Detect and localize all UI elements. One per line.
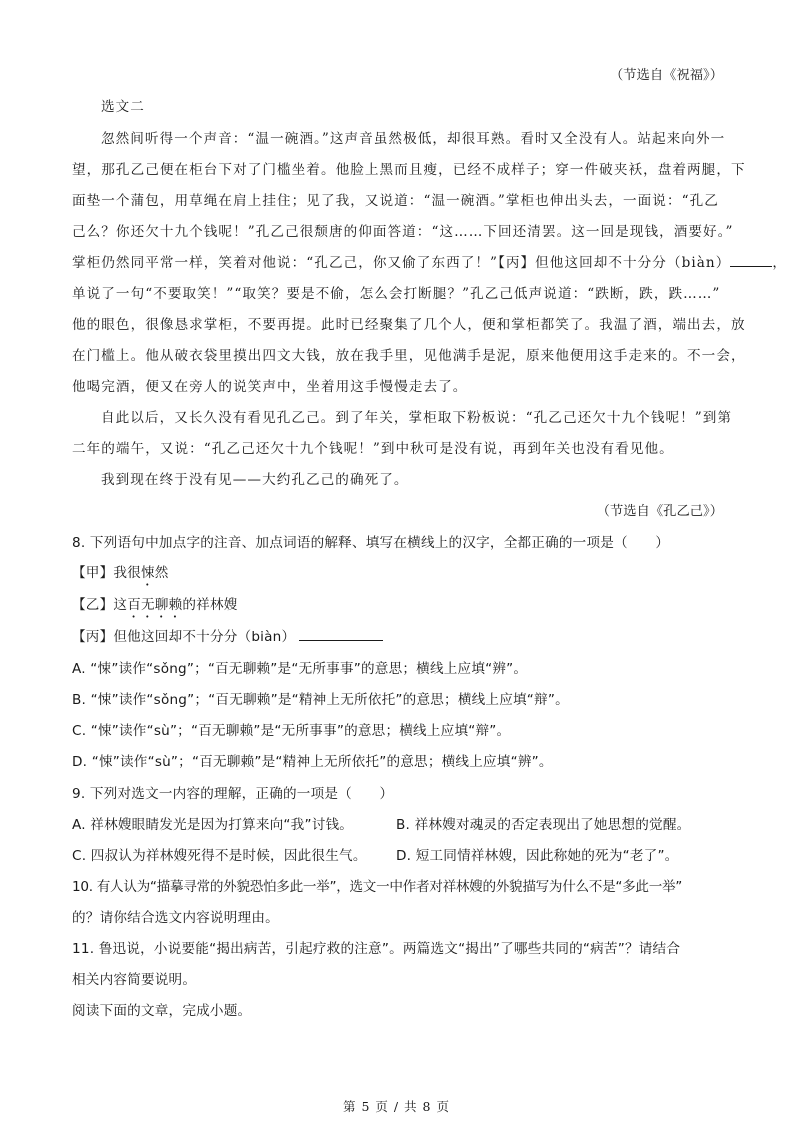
page-number: 第 5 页 / 共 8 页 [0,1097,793,1115]
passage2-line: 望，那孔乙己便在柜台下对了门槛坐着。他脸上黑而且瘦，已经不成样子；穿一件破夹袄，… [72,160,746,180]
question-8-stem: 8. 下列语句中加点字的注音、加点词语的解释、填写在横线上的汉字，全都正确的一项… [72,533,669,553]
question-11-line: 11. 鲁迅说，小说要能“揭出病苦，引起疗救的注意”。两篇选文“揭出”了哪些共同… [72,939,680,959]
document-page: （节选自《祝福》） 选文二 忽然间听得一个声音：“温一碗酒。”这声音虽然极低，却… [0,0,793,1122]
item-label: 【甲】 [72,565,113,581]
passage2-line: 面垫一个蒲包，用草绳在肩上挂住；见了我，又说道：“温一碗酒。”掌柜也伸出头去，一… [72,191,719,211]
passage2-line: 己么？你还欠十九个钱呢！”孔乙己很颓唐的仰面答道：“这……下回还清罢。这一回是现… [72,222,734,242]
item-text: 然 [155,565,169,581]
question-8-item-jia: 【甲】我很悚然 [72,563,169,589]
question-10-line: 的？请你结合选文内容说明理由。 [72,908,279,928]
item-text: 但他这回却不十分分（biàn） [113,629,295,645]
item-label: 【丙】 [72,629,113,645]
passage1-source: （节选自《祝福》） [610,66,723,86]
item-label: 【乙】 [72,597,113,613]
fill-blank [730,253,772,267]
question-9-option-a: A. 祥林嫂眼睛发光是因为打算来向“我”讨钱。 [72,815,353,835]
passage2-line: 忽然间听得一个声音：“温一碗酒。”这声音虽然极低，却很耳熟。看时又全没有人。站起… [101,129,725,149]
question-9-stem: 9. 下列对选文一内容的理解，正确的一项是（ ） [72,784,393,804]
passage2-line: 自此以后，又长久没有看见孔乙己。到了年关，掌柜取下粉板说：“孔乙己还欠十九个钱呢… [101,408,732,428]
passage2-source: （节选自《孔乙己》） [597,502,723,522]
question-9-option-c: C. 四叔认为祥林嫂死得不是时候，因此很生气。 [72,846,367,866]
passage2-line: 单说了一句“不要取笑！”“取笑？要是不偷，怎么会打断腿？”孔乙己低声说道：“跌断… [72,284,720,304]
passage2-line: 二年的端午，又说：“孔乙己还欠十九个钱呢！”到中秋可是没有说，再到年关也没有看见… [72,439,674,459]
passage2-line: 他喝完酒，便又在旁人的说笑声中，坐着用这手慢慢走去了。 [72,377,467,397]
question-10-line: 10. 有人认为“描摹寻常的外貌恐怕多此一举”，选文一中作者对祥林嫂的外貌描写为… [72,877,682,897]
question-8-item-bing: 【丙】但他这回却不十分分（biàn） [72,627,383,647]
item-text: 的祥林嫂 [182,597,237,613]
passage2-line: 他的眼色，很像恳求掌柜，不要再提。此时已经聚集了几个人，便和掌柜都笑了。我温了酒… [72,315,746,335]
comma: ， [772,255,787,271]
question-11-line: 相关内容简要说明。 [72,970,196,990]
passage2-line-bing: 掌柜仍然同平常一样，笑着对他说：“孔乙己，你又偷了东西了！”【丙】但他这回却不十… [72,253,787,273]
passage2-line: 我到现在终于没有见——大约孔乙己的确死了。 [101,470,409,490]
question-8-option-a: A. “悚”读作“sǒng”；“百无聊赖”是“无所事事”的意思；横线上应填“辨”… [72,659,527,679]
item-text: 我很 [113,565,141,581]
question-8-option-c: C. “悚”读作“sù”；“百无聊赖”是“无所事事”的意思；横线上应填“辩”。 [72,721,510,741]
passage2-line-bing-text: 掌柜仍然同平常一样，笑着对他说：“孔乙己，你又偷了东西了！”【丙】但他这回却不十… [72,255,730,271]
question-9-option-b: B. 祥林嫂对魂灵的否定表现出了她思想的觉醒。 [396,815,690,835]
passage2-line: 在门槛上。他从破衣袋里摸出四文大钱，放在我手里，见他满手是泥，原来他便用这手走来… [72,346,746,366]
reading-instruction: 阅读下面的文章，完成小题。 [72,1001,251,1021]
dotted-phrase: 百无聊赖 [127,597,182,613]
item-text: 这 [113,597,127,613]
question-9-option-d: D. 短工同情祥林嫂，因此称她的死为“老了”。 [396,846,678,866]
question-8-item-yi: 【乙】这百无聊赖的祥林嫂 [72,595,238,621]
question-8-option-b: B. “悚”读作“sǒng”；“百无聊赖”是“精神上无所依托”的意思；横线上应填… [72,690,569,710]
passage2-heading: 选文二 [101,97,145,117]
dotted-char: 悚 [141,565,155,581]
fill-blank [299,627,383,641]
question-8-option-d: D. “悚”读作“sù”；“百无聊赖”是“精神上无所依托”的意思；横线上应填“辨… [72,752,553,772]
